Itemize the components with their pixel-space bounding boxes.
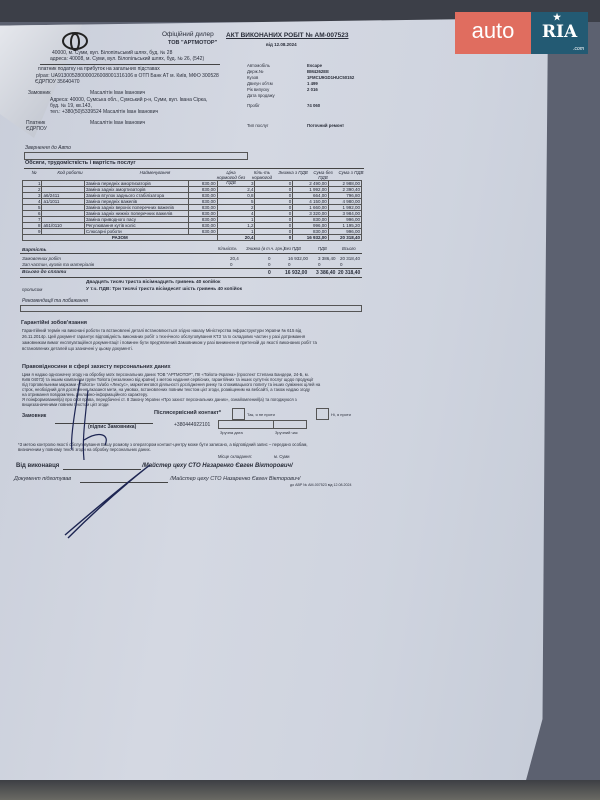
summary-divider (20, 268, 362, 269)
privacy-title: Правовідносини в сфері захисту персональ… (22, 364, 171, 371)
amount-in-words-label: прописом (22, 287, 42, 293)
vehicle-field-label: Тип послуг (247, 123, 268, 129)
consent-yes-label: Так, я не проти (247, 412, 275, 418)
customer-phone: тел.: +380(50)5339524 Масалітін Іван Іва… (50, 109, 158, 115)
works-col-header: Найменування (110, 170, 200, 175)
warranty-text-3: замовником вимог експлуатаційної докумен… (22, 340, 317, 345)
header-divider (40, 64, 220, 65)
works-col-header: Сума без ПДВ (310, 170, 336, 180)
warranty-title: Гарантійні зобов'язання (21, 320, 87, 327)
total-sum: 16 932,00 (293, 235, 329, 241)
table-total-row: РАЗОМ20,4016 932,0020 318,40 (23, 235, 362, 241)
tax-line: платник податку на прибуток на загальних… (38, 66, 160, 72)
summary-divider (20, 277, 362, 278)
star-icon: ★ (553, 13, 561, 23)
document-reference: до АВР № АМ-007523 від 12.08.2024 (290, 482, 352, 488)
summary-col-header: Без ПДВ (284, 246, 301, 252)
summary-col-header: Знижка (в т.ч. грн.) (246, 246, 285, 252)
vehicle-field-value: Поточний ремонт (307, 123, 344, 129)
summary-divider (20, 253, 362, 254)
warranty-text-1: Гарантійний термін на виконані роботи та… (22, 328, 301, 333)
consent-no-checkbox[interactable] (316, 408, 329, 420)
services-title: Обсяги, трудомісткість і вартість послуг (25, 160, 136, 167)
order-field (24, 152, 248, 160)
works-col-header: № (28, 170, 40, 175)
vehicle-field-label: Пробіг (247, 103, 260, 109)
payer-name: Масалітін Іван Іванович (90, 120, 145, 126)
watermark-ria: ★ RIA .com (531, 12, 588, 54)
watermark-domain: .com (573, 46, 584, 52)
total-disc: 0 (255, 235, 293, 241)
summary-total: 20 318,40 (340, 256, 360, 262)
place-value: м. Суми (274, 454, 290, 460)
order-label: Звернення до Авто (25, 145, 71, 151)
services-divider (24, 168, 364, 169)
total-label: РАЗОМ (23, 235, 218, 241)
consent-yes-checkbox[interactable] (232, 408, 245, 420)
customer-label: Замовник (28, 90, 50, 96)
preferred-time-field[interactable] (273, 420, 307, 429)
toyota-logo-icon (62, 32, 88, 50)
prepared-by-name: /Майстер цеху СТО Назаренко Євген Віктор… (170, 476, 300, 483)
grand-total-total: 20 318,40 (338, 270, 360, 276)
document-date: від 12.08.2024 (266, 42, 297, 48)
autoria-watermark: auto ★ RIA .com (455, 12, 588, 54)
summary-col-header: ПДВ (318, 246, 327, 252)
table-cell-name: Заміна задніх верхніх поперечних важелів (84, 205, 188, 211)
place-label: Місце складання: (218, 454, 252, 460)
works-col-header: Кіль-ть нормогод (248, 170, 276, 180)
consent-no-label: Ні, я проти (331, 412, 351, 418)
vehicle-field-value: 74 060 (307, 103, 320, 109)
works-col-header: Код роботи (50, 170, 90, 175)
grand-total-disc: 0 (268, 270, 271, 276)
dealer-address-2: адреса: 40008, м. Суми, вул. Білопільськ… (50, 56, 204, 62)
dealer-line1: Офіційний дилер (162, 31, 214, 39)
document-title: АКТ ВИКОНАНИХ РОБІТ № АМ-007523 (226, 32, 348, 40)
works-table: 1Заміна передніх амортизаторів830,00302 … (22, 180, 362, 241)
watermark-ria-text: RIA (542, 22, 577, 42)
works-col-header: Знижка з ПДВ (278, 170, 308, 175)
contact-phone: +380444922101 (174, 422, 210, 428)
recommend-label: Рекомендації та побажання (22, 298, 88, 304)
total-sum_vat: 20 318,40 (328, 235, 361, 241)
payer-edrpou: ЄДРПОУ (26, 126, 47, 132)
watermark-auto: auto (455, 12, 531, 54)
customer-name: Масалітін Іван Іванович (90, 90, 145, 96)
warranty-text-2: 26.11.2014р. Цей документ гарантує відпо… (22, 334, 305, 339)
works-col-header: Сума з ПДВ (338, 170, 364, 175)
grand-total-vat: 3 386,40 (316, 270, 335, 276)
vehicle-field-label: Дата продажу (247, 93, 275, 99)
summary-col-header: Всього (342, 246, 356, 252)
dealer-line2: ТОВ "АРТМОТОР" (168, 40, 217, 46)
total-qty: 20,4 (217, 235, 255, 241)
amount-in-words-1: Двадцять тисяч триста вісімнадцять гриве… (86, 280, 220, 286)
warranty-text-4: встановлених деталей що зазначені у цьом… (22, 346, 133, 351)
background-table-edge (0, 780, 600, 800)
preferred-date-field[interactable] (218, 420, 274, 429)
edrpou-line: ЄДРПОУ 35640470 (35, 79, 80, 85)
grand-total-net: 16 932,00 (285, 270, 307, 276)
summary-col-header: Кількість (218, 246, 237, 252)
amount-in-words-2: У т.ч. ПДВ: Три тисячі триста вісімдесят… (86, 287, 242, 293)
preferred-date-caption: Зручна дата (220, 430, 243, 436)
vehicle-field-value: 2 016 (307, 87, 318, 93)
grand-total-label: Всього до сплати (22, 270, 66, 276)
summary-net: 16 932,00 (288, 256, 308, 262)
preferred-time-caption: Зручний час (275, 430, 298, 436)
recommend-field (20, 305, 362, 312)
handwritten-signature (50, 380, 170, 540)
privacy-customer-label: Замовник (22, 413, 46, 419)
